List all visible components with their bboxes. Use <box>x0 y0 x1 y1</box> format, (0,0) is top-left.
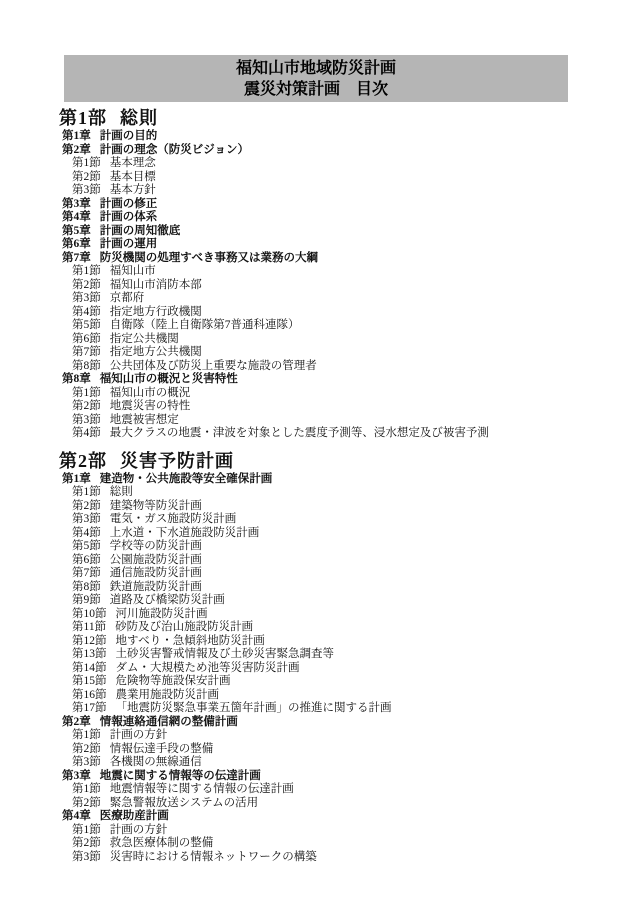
item-number: 第1節 <box>72 783 101 797</box>
toc-section-row: 第6節指定公共機関 <box>0 333 630 347</box>
toc-chapter-row: 第2章情報連絡通信網の整備計画 <box>0 716 630 730</box>
toc-section-row: 第1節計画の方針 <box>0 729 630 743</box>
item-title: 建築物等防災計画 <box>110 500 202 514</box>
toc-section-row: 第5節自衛隊（陸上自衛隊第7普通科連隊） <box>0 319 630 333</box>
item-title: 河川施設防災計画 <box>116 608 208 622</box>
toc-chapter-row: 第1章計画の目的 <box>0 130 630 144</box>
toc-section-row: 第1節基本理念 <box>0 157 630 171</box>
item-title: 計画の修正 <box>100 198 158 212</box>
item-number: 第1節 <box>72 824 101 838</box>
part-number: 第2部 <box>59 449 107 473</box>
item-title: 計画の理念（防災ビジョン） <box>100 144 249 158</box>
item-number: 第1章 <box>62 473 91 487</box>
item-number: 第2節 <box>72 743 101 757</box>
item-number: 第3節 <box>72 292 101 306</box>
item-title: 計画の運用 <box>100 238 158 252</box>
toc-section-row: 第3節基本方針 <box>0 184 630 198</box>
item-number: 第4節 <box>72 427 101 441</box>
item-title: 計画の周知徹底 <box>100 225 181 239</box>
item-number: 第7節 <box>72 346 101 360</box>
toc-section-row: 第2節建築物等防災計画 <box>0 500 630 514</box>
item-title: 基本理念 <box>110 157 156 171</box>
toc-chapter-row: 第3章計画の修正 <box>0 198 630 212</box>
item-title: 基本方針 <box>110 184 156 198</box>
item-title: 鉄道施設防災計画 <box>110 581 202 595</box>
item-number: 第3節 <box>72 851 101 865</box>
item-number: 第17節 <box>72 702 107 716</box>
toc-chapter-row: 第4章計画の体系 <box>0 211 630 225</box>
toc-section-row: 第2節救急医療体制の整備 <box>0 837 630 851</box>
item-number: 第2節 <box>72 171 101 185</box>
item-number: 第12節 <box>72 635 107 649</box>
title-box: 福知山市地域防災計画 震災対策計画 目次 <box>64 55 568 102</box>
item-title: 総則 <box>110 486 133 500</box>
toc-section-row: 第7節通信施設防災計画 <box>0 567 630 581</box>
item-title: 緊急警報放送システムの活用 <box>110 797 258 811</box>
item-number: 第2章 <box>62 144 91 158</box>
item-number: 第2節 <box>72 500 101 514</box>
item-number: 第1節 <box>72 157 101 171</box>
document-title-line1: 福知山市地域防災計画 <box>236 58 396 79</box>
item-title: 福知山市の概況と災害特性 <box>100 373 238 387</box>
item-title: 計画の方針 <box>110 824 168 838</box>
item-number: 第11節 <box>72 621 106 635</box>
item-title: 福知山市 <box>110 265 156 279</box>
item-title: 土砂災害警戒情報及び土砂災害緊急調査等 <box>116 648 335 662</box>
item-title: 計画の体系 <box>100 211 158 225</box>
toc-section-row: 第14節ダム・大規模ため池等災害防災計画 <box>0 662 630 676</box>
toc-chapter-row: 第8章福知山市の概況と災害特性 <box>0 373 630 387</box>
item-title: 医療助産計画 <box>100 810 169 824</box>
toc-section-row: 第2節福知山市消防本部 <box>0 279 630 293</box>
document-title-line2: 震災対策計画 目次 <box>244 79 388 100</box>
toc-part: 第2部災害予防計画第1章建造物・公共施設等安全確保計画第1節総則第2節建築物等防… <box>0 449 630 865</box>
toc-chapter-row: 第5章計画の周知徹底 <box>0 225 630 239</box>
toc-chapter-row: 第1章建造物・公共施設等安全確保計画 <box>0 473 630 487</box>
toc-section-row: 第3節災害時における情報ネットワークの構築 <box>0 851 630 865</box>
item-title: 福知山市消防本部 <box>110 279 202 293</box>
item-number: 第6章 <box>62 238 91 252</box>
part-number: 第1部 <box>59 106 107 130</box>
item-number: 第13節 <box>72 648 107 662</box>
toc-section-row: 第17節「地震防災緊急事業五箇年計画」の推進に関する計画 <box>0 702 630 716</box>
toc-section-row: 第2節基本目標 <box>0 171 630 185</box>
item-title: 公園施設防災計画 <box>110 554 202 568</box>
toc-section-row: 第3節各機関の無線通信 <box>0 756 630 770</box>
item-number: 第14節 <box>72 662 107 676</box>
item-title: 通信施設防災計画 <box>110 567 202 581</box>
item-title: 建造物・公共施設等安全確保計画 <box>100 473 273 487</box>
toc-section-row: 第9節道路及び橋梁防災計画 <box>0 594 630 608</box>
item-number: 第8章 <box>62 373 91 387</box>
item-number: 第1節 <box>72 729 101 743</box>
toc-section-row: 第2節緊急警報放送システムの活用 <box>0 797 630 811</box>
toc-section-row: 第13節土砂災害警戒情報及び土砂災害緊急調査等 <box>0 648 630 662</box>
item-number: 第6節 <box>72 554 101 568</box>
item-number: 第6節 <box>72 333 101 347</box>
item-number: 第1節 <box>72 486 101 500</box>
item-title: 自衛隊（陸上自衛隊第7普通科連隊） <box>110 319 300 333</box>
item-title: 指定公共機関 <box>110 333 179 347</box>
item-title: 防災機関の処理すべき事務又は業務の大綱 <box>100 252 318 266</box>
toc-section-row: 第4節指定地方行政機関 <box>0 306 630 320</box>
item-title: 災害時における情報ネットワークの構築 <box>110 851 317 865</box>
item-number: 第3節 <box>72 184 101 198</box>
toc-section-row: 第2節情報伝達手段の整備 <box>0 743 630 757</box>
item-number: 第3節 <box>72 513 101 527</box>
item-number: 第15節 <box>72 675 107 689</box>
item-title: 地すべり・急傾斜地防災計画 <box>116 635 265 649</box>
toc-section-row: 第12節地すべり・急傾斜地防災計画 <box>0 635 630 649</box>
item-number: 第5節 <box>72 540 101 554</box>
item-title: 「地震防災緊急事業五箇年計画」の推進に関する計画 <box>116 702 392 716</box>
toc-section-row: 第5節学校等の防災計画 <box>0 540 630 554</box>
item-number: 第7章 <box>62 252 91 266</box>
toc-section-row: 第10節河川施設防災計画 <box>0 608 630 622</box>
toc-section-row: 第1節総則 <box>0 486 630 500</box>
toc-section-row: 第7節指定地方公共機関 <box>0 346 630 360</box>
toc-section-row: 第15節危険物等施設保安計画 <box>0 675 630 689</box>
item-title: 地震被害想定 <box>110 414 179 428</box>
item-number: 第5章 <box>62 225 91 239</box>
item-title: 福知山市の概況 <box>110 387 191 401</box>
item-title: 情報伝達手段の整備 <box>110 743 214 757</box>
toc-section-row: 第3節地震被害想定 <box>0 414 630 428</box>
item-number: 第4章 <box>62 810 91 824</box>
item-title: 指定地方公共機関 <box>110 346 202 360</box>
toc-section-row: 第4節最大クラスの地震・津波を対象とした震度予測等、浸水想定及び被害予測 <box>0 427 630 441</box>
item-number: 第10節 <box>72 608 107 622</box>
item-number: 第1節 <box>72 265 101 279</box>
toc-chapter-row: 第2章計画の理念（防災ビジョン） <box>0 144 630 158</box>
toc-section-row: 第3節電気・ガス施設防災計画 <box>0 513 630 527</box>
toc-section-row: 第1節地震情報等に関する情報の伝達計画 <box>0 783 630 797</box>
item-title: 計画の目的 <box>100 130 158 144</box>
toc-chapter-row: 第3章地震に関する情報等の伝達計画 <box>0 770 630 784</box>
toc-section-row: 第8節鉄道施設防災計画 <box>0 581 630 595</box>
item-number: 第2節 <box>72 279 101 293</box>
toc-section-row: 第2節地震災害の特性 <box>0 400 630 414</box>
item-title: 最大クラスの地震・津波を対象とした震度予測等、浸水想定及び被害予測 <box>110 427 489 441</box>
item-number: 第3節 <box>72 756 101 770</box>
toc-section-row: 第6節公園施設防災計画 <box>0 554 630 568</box>
item-number: 第3章 <box>62 770 91 784</box>
toc-section-row: 第1節福知山市 <box>0 265 630 279</box>
item-title: 学校等の防災計画 <box>110 540 202 554</box>
toc: 第1部総則第1章計画の目的第2章計画の理念（防災ビジョン）第1節基本理念第2節基… <box>0 106 630 864</box>
item-number: 第16節 <box>72 689 107 703</box>
item-number: 第3節 <box>72 414 101 428</box>
toc-part: 第1部総則第1章計画の目的第2章計画の理念（防災ビジョン）第1節基本理念第2節基… <box>0 106 630 441</box>
item-title: 農業用施設防災計画 <box>116 689 220 703</box>
item-title: 公共団体及び防災上重要な施設の管理者 <box>110 360 317 374</box>
toc-section-row: 第4節上水道・下水道施設防災計画 <box>0 527 630 541</box>
part-heading: 第2部災害予防計画 <box>0 449 630 473</box>
item-title: 危険物等施設保安計画 <box>116 675 231 689</box>
item-number: 第4節 <box>72 306 101 320</box>
toc-chapter-row: 第6章計画の運用 <box>0 238 630 252</box>
item-title: 道路及び橋梁防災計画 <box>110 594 225 608</box>
part-title: 総則 <box>120 106 158 130</box>
item-title: 救急医療体制の整備 <box>110 837 214 851</box>
item-title: ダム・大規模ため池等災害防災計画 <box>116 662 300 676</box>
item-number: 第4節 <box>72 527 101 541</box>
document-page: 福知山市地域防災計画 震災対策計画 目次 第1部総則第1章計画の目的第2章計画の… <box>0 0 630 903</box>
item-number: 第8節 <box>72 360 101 374</box>
item-title: 指定地方行政機関 <box>110 306 202 320</box>
part-heading: 第1部総則 <box>0 106 630 130</box>
item-title: 地震情報等に関する情報の伝達計画 <box>110 783 294 797</box>
item-number: 第5節 <box>72 319 101 333</box>
item-title: 電気・ガス施設防災計画 <box>110 513 237 527</box>
toc-section-row: 第3節京都府 <box>0 292 630 306</box>
item-number: 第2節 <box>72 400 101 414</box>
item-number: 第2節 <box>72 837 101 851</box>
item-title: 京都府 <box>110 292 145 306</box>
part-title: 災害予防計画 <box>120 449 234 473</box>
item-title: 情報連絡通信網の整備計画 <box>100 716 238 730</box>
item-number: 第8節 <box>72 581 101 595</box>
toc-section-row: 第16節農業用施設防災計画 <box>0 689 630 703</box>
item-title: 計画の方針 <box>110 729 168 743</box>
item-number: 第7節 <box>72 567 101 581</box>
toc-chapter-row: 第7章防災機関の処理すべき事務又は業務の大綱 <box>0 252 630 266</box>
item-title: 上水道・下水道施設防災計画 <box>110 527 260 541</box>
item-title: 砂防及び治山施設防災計画 <box>115 621 253 635</box>
item-title: 地震災害の特性 <box>110 400 191 414</box>
item-number: 第2節 <box>72 797 101 811</box>
item-number: 第9節 <box>72 594 101 608</box>
toc-section-row: 第8節公共団体及び防災上重要な施設の管理者 <box>0 360 630 374</box>
item-number: 第1章 <box>62 130 91 144</box>
item-title: 基本目標 <box>110 171 156 185</box>
toc-section-row: 第11節砂防及び治山施設防災計画 <box>0 621 630 635</box>
item-number: 第4章 <box>62 211 91 225</box>
item-number: 第2章 <box>62 716 91 730</box>
item-title: 各機関の無線通信 <box>110 756 202 770</box>
item-title: 地震に関する情報等の伝達計画 <box>100 770 261 784</box>
toc-chapter-row: 第4章医療助産計画 <box>0 810 630 824</box>
toc-section-row: 第1節福知山市の概況 <box>0 387 630 401</box>
item-number: 第1節 <box>72 387 101 401</box>
item-number: 第3章 <box>62 198 91 212</box>
toc-section-row: 第1節計画の方針 <box>0 824 630 838</box>
